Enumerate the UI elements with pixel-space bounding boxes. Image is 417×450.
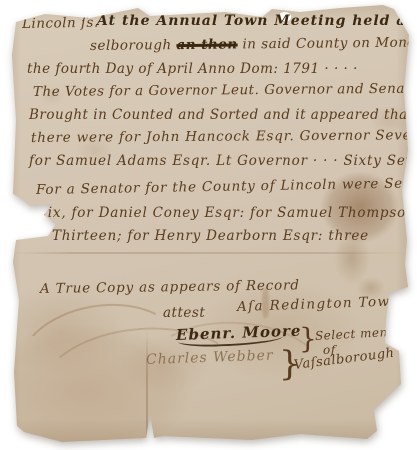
selectmen-label-line1: Select men (315, 325, 388, 343)
attest-label: attest (163, 305, 205, 321)
manuscript-paper: Lincoln ſs. At the Annual Town Meeting h… (0, 0, 417, 450)
manuscript-line-10: Thirteen; for Henry Dearborn Esqr: three (52, 228, 369, 244)
manuscript-line-4: The Votes for a Governor Leut. Governor … (33, 80, 417, 100)
manuscript-line-6: there were for John Hancock Esqr. Govern… (31, 127, 417, 146)
manuscript-line-7: for Samuel Adams Esqr. Lt Governor · · ·… (29, 153, 417, 169)
manuscript-line-true-copy: A True Copy as appears of Record (40, 277, 300, 297)
manuscript-line-8: For a Senator for the County of Lincoln … (36, 175, 417, 198)
fold-crease-horizontal (14, 252, 406, 254)
paper-shadow: Lincoln ſs. At the Annual Town Meeting h… (0, 0, 417, 450)
manuscript-line-opening: At the Annual Town Meeting held at Vaſ (97, 13, 417, 29)
photo-background: Lincoln ſs. At the Annual Town Meeting h… (0, 0, 417, 450)
manuscript-line-2: selborough an then in said County on Mon… (90, 34, 417, 54)
manuscript-line-5: Brought in Counted and Sorted and it app… (29, 107, 414, 123)
line-2-struck-words: an then (176, 36, 237, 53)
line-2-post: in said County on Monday (238, 34, 417, 52)
manuscript-line-9: ſix, for Daniel Coney Esqr: for Samuel T… (42, 205, 416, 221)
manuscript-line-3: the fourth Day of April Anno Dom: 1791 ·… (27, 61, 358, 77)
manuscript-line-jurisdiction: Lincoln ſs. (22, 15, 99, 32)
line-2-pre: selborough (90, 37, 177, 54)
